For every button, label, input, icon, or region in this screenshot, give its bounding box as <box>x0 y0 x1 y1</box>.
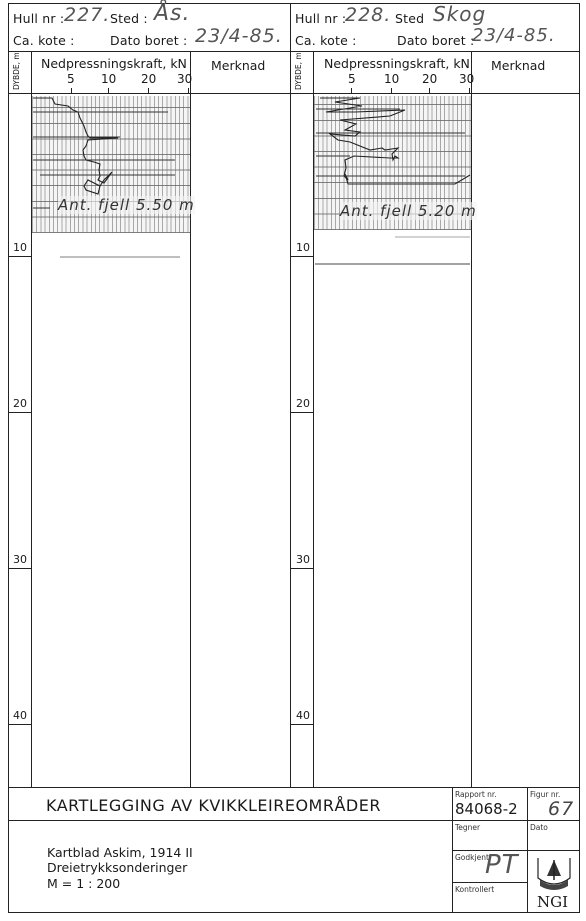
title-block-row <box>452 882 527 883</box>
depth-mark <box>290 568 313 569</box>
refusal-annotation-228: Ant. fjell 5.20 m <box>340 202 477 220</box>
scale: M = 1 : 200 <box>47 876 120 891</box>
method: Dreietrykksonderinger <box>47 860 187 875</box>
rapport-nr: 84068-2 <box>455 800 518 818</box>
tegner-label: Tegner <box>455 823 480 832</box>
ngi-logo-text: NGI <box>537 893 568 911</box>
depth-label-20: 20 <box>296 397 310 410</box>
depth-mark <box>8 568 31 569</box>
dato-label: Dato <box>530 823 548 832</box>
depth-label-40: 40 <box>13 709 27 722</box>
depth-label-10: 10 <box>296 241 310 254</box>
depth-label-30: 30 <box>13 553 27 566</box>
map-sheet: Kartblad Askim, 1914 II <box>47 845 193 860</box>
kontrollert-label: Kontrollert <box>455 885 494 894</box>
figur-nr: 67 <box>548 798 574 820</box>
depth-mark <box>8 724 31 725</box>
depth-mark <box>8 256 31 257</box>
rapport-label: Rapport nr. <box>455 790 497 799</box>
depth-label-10: 10 <box>13 241 27 254</box>
depth-label-20: 20 <box>13 397 27 410</box>
trace-228 <box>320 98 470 184</box>
depth-label-40: 40 <box>296 709 310 722</box>
depth-label-30: 30 <box>296 553 310 566</box>
depth-mark <box>290 412 313 413</box>
godkjent-label: Godkjent <box>455 853 489 862</box>
depth-mark <box>290 724 313 725</box>
title-block-top <box>8 787 580 788</box>
force-traces <box>0 0 586 921</box>
depth-mark <box>290 256 313 257</box>
title-block-divider <box>8 820 580 821</box>
project-title: KARTLEGGING AV KVIKKLEIREOMRÅDER <box>46 796 381 815</box>
refusal-annotation-227: Ant. fjell 5.50 m <box>58 196 195 214</box>
godkjent-signature: PT <box>485 850 519 880</box>
tree-logo-icon <box>534 856 574 896</box>
depth-mark <box>8 412 31 413</box>
